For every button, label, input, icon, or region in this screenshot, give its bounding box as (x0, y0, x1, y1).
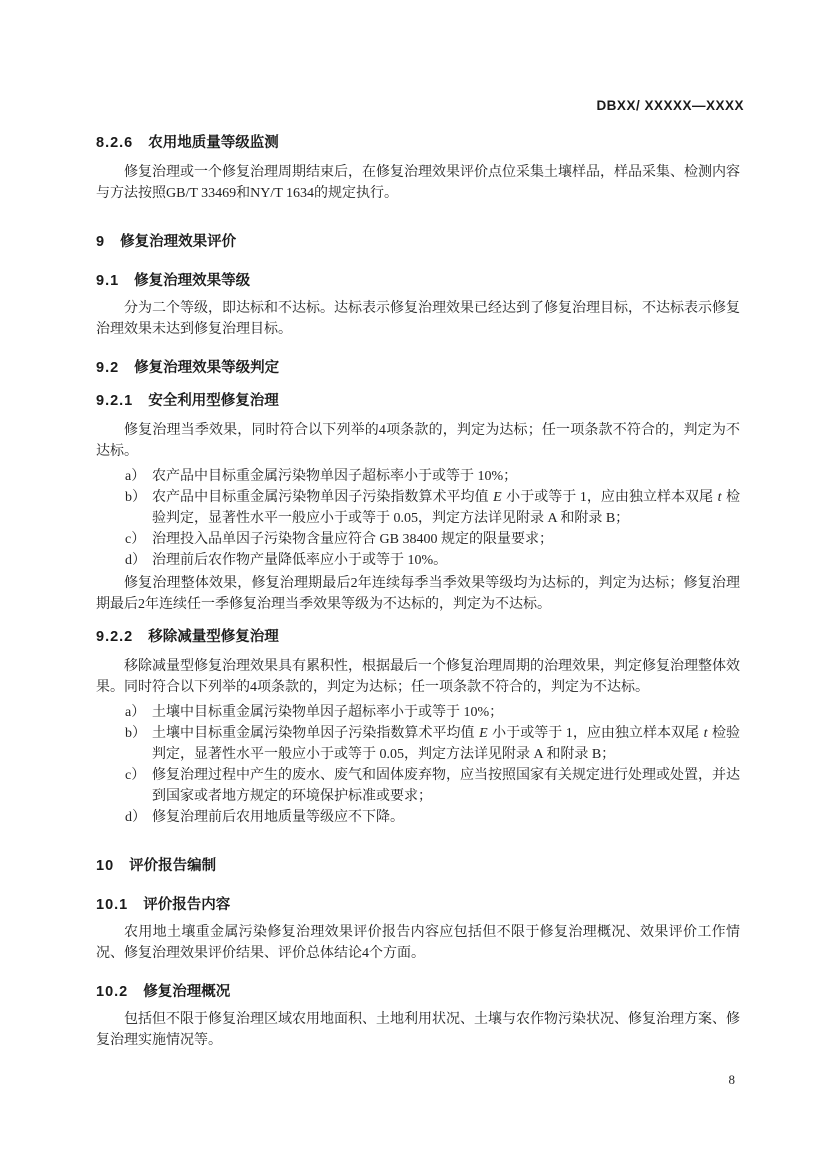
section-number: 9.2.1 (96, 393, 133, 409)
section-number: 8.2.6 (96, 135, 133, 151)
text-run: 修复治理过程中产生的废水、废气和固体废弃物，应当按照国家有关规定进行处理或处置，… (152, 768, 740, 804)
list-item: d）修复治理前后农用地质量等级应不下降。 (96, 807, 740, 828)
page-number: 8 (729, 1072, 736, 1088)
paragraph: 修复治理当季效果，同时符合以下列举的4项条款的，判定为达标；任一项条款不符合的，… (96, 420, 740, 462)
section-title: 评价报告编制 (129, 858, 216, 874)
section-heading: 9.1修复治理效果等级 (96, 271, 740, 292)
list-marker: d） (125, 807, 146, 828)
section-heading: 9修复治理效果评价 (96, 232, 740, 253)
section-number: 10.1 (96, 897, 128, 913)
paragraph: 修复治理整体效果，修复治理期最后2年连续每季当季效果等级均为达标的，判定为达标；… (96, 573, 740, 615)
paragraph: 包括但不限于修复治理区域农用地面积、土地利用状况、土壤与农作物污染状况、修复治理… (96, 1009, 740, 1051)
section-title: 修复治理效果等级 (134, 273, 250, 289)
text-run: 农产品中目标重金属污染物单因子超标率小于或等于 10%； (152, 469, 517, 484)
section-number: 9 (96, 234, 105, 250)
section-heading: 8.2.6农用地质量等级监测 (96, 133, 740, 154)
text-run: 土壤中目标重金属污染物单因子污染指数算术平均值 (152, 726, 478, 741)
list-marker: c） (125, 529, 145, 550)
list-marker: c） (125, 765, 145, 786)
list-item: c）修复治理过程中产生的废水、废气和固体废弃物，应当按照国家有关规定进行处理或处… (96, 765, 740, 807)
section-title: 修复治理效果评价 (120, 234, 236, 250)
section-number: 9.2.2 (96, 629, 133, 645)
section-number: 10.2 (96, 984, 128, 1000)
text-run: 修复治理前后农用地质量等级应不下降。 (152, 810, 404, 825)
text-run: 治理前后农作物产量降低率应小于或等于 10%。 (152, 553, 447, 568)
section-number: 9.1 (96, 273, 119, 289)
text-run: 小于或等于 1，应由独立样本双尾 (503, 490, 717, 505)
document-page: DBXX/ XXXXX—XXXX 8.2.6农用地质量等级监测修复治理或一个修复… (0, 0, 826, 1169)
section-heading: 9.2.2移除减量型修复治理 (96, 627, 740, 648)
section-title: 修复治理效果等级判定 (134, 360, 279, 376)
list-item: a）土壤中目标重金属污染物单因子超标率小于或等于 10%； (96, 702, 740, 723)
section-number: 9.2 (96, 360, 119, 376)
paragraph: 分为二个等级，即达标和不达标。达标表示修复治理效果已经达到了修复治理目标，不达标… (96, 298, 740, 340)
list-item: a）农产品中目标重金属污染物单因子超标率小于或等于 10%； (96, 466, 740, 487)
section-title: 修复治理概况 (143, 984, 230, 1000)
section-heading: 10.2修复治理概况 (96, 982, 740, 1003)
section-title: 农用地质量等级监测 (148, 135, 279, 151)
list-item: b）农产品中目标重金属污染物单因子污染指数算术平均值 E 小于或等于 1，应由独… (96, 487, 740, 529)
italic-symbol: E (478, 726, 489, 741)
clause-list: a）土壤中目标重金属污染物单因子超标率小于或等于 10%；b）土壤中目标重金属污… (96, 702, 740, 828)
section-number: 10 (96, 858, 114, 874)
list-marker: b） (125, 723, 146, 744)
clause-list: a）农产品中目标重金属污染物单因子超标率小于或等于 10%；b）农产品中目标重金… (96, 466, 740, 571)
document-body: 8.2.6农用地质量等级监测修复治理或一个修复治理周期结束后，在修复治理效果评价… (96, 133, 740, 1051)
list-item: c）治理投入品单因子污染物含量应符合 GB 38400 规定的限量要求； (96, 529, 740, 550)
list-item: d）治理前后农作物产量降低率应小于或等于 10%。 (96, 550, 740, 571)
section-heading: 9.2修复治理效果等级判定 (96, 358, 740, 379)
section-title: 评价报告内容 (143, 897, 230, 913)
paragraph: 农用地土壤重金属污染修复治理效果评价报告内容应包括但不限于修复治理概况、效果评价… (96, 922, 740, 964)
text-run: 治理投入品单因子污染物含量应符合 GB 38400 规定的限量要求； (152, 532, 553, 547)
list-marker: a） (125, 702, 145, 723)
running-header: DBXX/ XXXXX—XXXX (596, 98, 744, 113)
paragraph: 修复治理或一个修复治理周期结束后，在修复治理效果评价点位采集土壤样品，样品采集、… (96, 162, 740, 204)
section-title: 安全利用型修复治理 (148, 393, 279, 409)
text-run: 农产品中目标重金属污染物单因子污染指数算术平均值 (152, 490, 492, 505)
section-heading: 10.1评价报告内容 (96, 895, 740, 916)
italic-symbol: E (492, 490, 503, 505)
list-marker: a） (125, 466, 145, 487)
section-heading: 9.2.1安全利用型修复治理 (96, 391, 740, 412)
list-item: b）土壤中目标重金属污染物单因子污染指数算术平均值 E 小于或等于 1，应由独立… (96, 723, 740, 765)
text-run: 小于或等于 1，应由独立样本双尾 (489, 726, 703, 741)
section-title: 移除减量型修复治理 (148, 629, 279, 645)
list-marker: b） (125, 487, 146, 508)
paragraph: 移除减量型修复治理效果具有累积性，根据最后一个修复治理周期的治理效果，判定修复治… (96, 656, 740, 698)
text-run: 土壤中目标重金属污染物单因子超标率小于或等于 10%； (152, 705, 503, 720)
section-heading: 10评价报告编制 (96, 856, 740, 877)
list-marker: d） (125, 550, 146, 571)
